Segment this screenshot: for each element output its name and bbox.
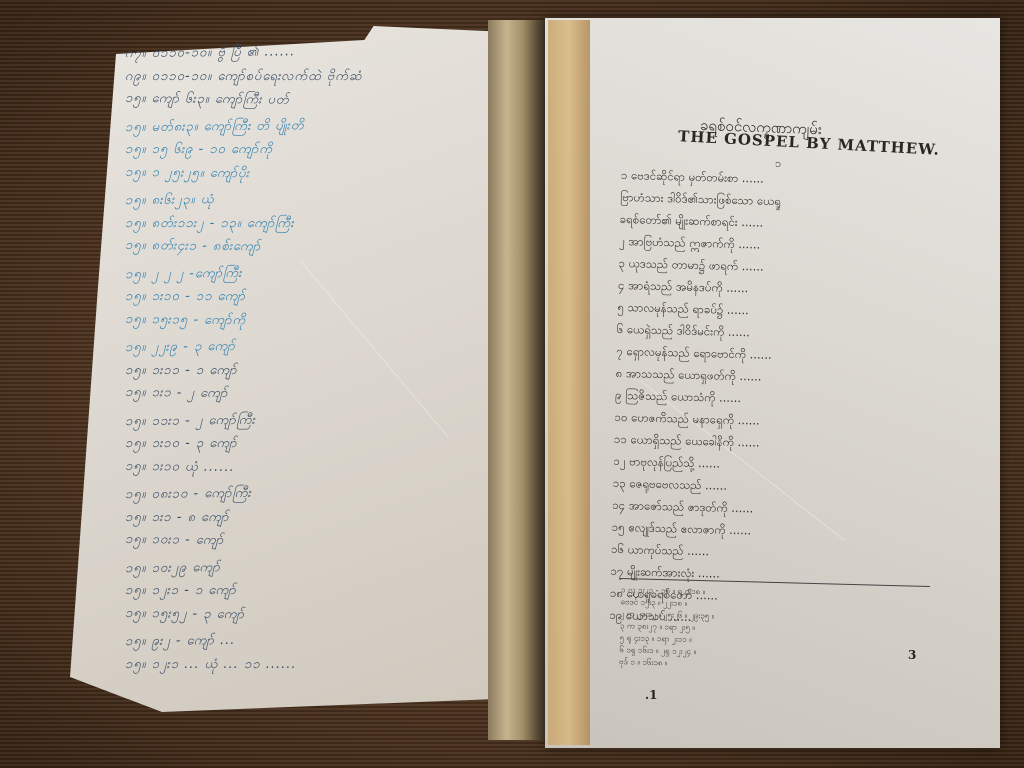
handwritten-line: ၁၅။ ၉း၂ - ကျော် ... [125,626,525,655]
handwritten-line: ၁၅။ ကျော် ၆း၃။ ကျော်ကြီး ပတ် [125,87,525,116]
handwritten-line: ၁၅။ ၁း၁ - ၂ ကျော် [125,381,525,410]
handwritten-line: ၁၅။ ၁၀း၁ - ကျော် [125,528,525,557]
handwritten-line: ၁၅။ မတ်၈း၃။ ကျော်ကြီး တိ ပျိုးတိ [125,111,525,140]
binding-tape [548,20,590,745]
handwritten-line: ၁၅။ ၈တ်း၄း၁ - ၈စ်းကျော် [125,234,525,263]
page-number-right: 3 [908,648,916,662]
verse-text: ၁ ဗေဒင်ဆိုင်ရာ မှတ်တမ်းစာ ......ဗြာဟံသား… [609,164,941,634]
handwritten-line: ၁၅။ ၁၅ ၆း၉ - ၁၀ ကျော်ကို [125,138,525,163]
handwritten-line: ၁၅။ ၁၀း၂၉ ကျော် [125,552,525,581]
handwritten-line: ၁၅။ ၁း၁ - ၈ ကျော် [125,506,525,531]
handwritten-line: ဂ၉။ ၀၁၁၀-၁၀။ ကျော်စပ်ရေးလက်ထဲ ဗိုက်ဆံ [125,65,525,90]
footnotes: ၁ လု ၃း၂၃ - ၃၈ ။ ရု ၄း၁၈ ။ဗေဒင် ၁၂း၃ ။ ၂… [619,584,921,676]
handwritten-line: ၁၅။ ၂ ၂ ၂ -ကျော်ကြီး [125,258,525,287]
handwritten-line: ၁၅။ ၁၂း၁ ... ယုံ ... ၁၁ ...... [125,653,525,678]
handwritten-line: ၁၅။ ၁၂း၁ - ၁ ကျော် [125,579,525,604]
handwritten-line: ၁၅။ ၁း၁၀ - ၃ ကျော် [125,432,525,457]
handwritten-line: ၁၅။ ၂၂း၉ - ၃ ကျော် [125,332,525,361]
page-number-left: .1 [645,688,658,702]
handwritten-line: ၁၅။ ၈း၆း၂၃။ ယုံ [125,185,525,214]
open-book-photo: ဂ၇။ ၀၁၁၀-၁၀။ ဗွိ ပြီ ၏ ......ဂ၉။ ၀၁၁၀-၁၀… [0,0,1024,768]
handwritten-line: ၁၅။ ၁၁း၁ - ၂ ကျော်ကြီး [125,405,525,434]
book-spine [488,20,550,740]
handwritten-line: ဂ၇။ ၀၁၁၀-၁၀။ ဗွိ ပြီ ၏ ...... [125,38,525,67]
handwritten-notes: ဂ၇။ ၀၁၁၀-၁၀။ ဗွိ ပြီ ၏ ......ဂ၉။ ၀၁၁၀-၁၀… [125,40,525,677]
handwritten-line: ၁၅။ ၀၈း၁၀ - ကျော်ကြီး [125,479,525,508]
handwritten-line: ၁၅။ ၈တ်း၁၁း၂ - ၁၃။ ကျော်ကြီး [125,212,525,237]
handwritten-line: ၁၅။ ၁း၁၁ - ၁ ကျော် [125,359,525,384]
